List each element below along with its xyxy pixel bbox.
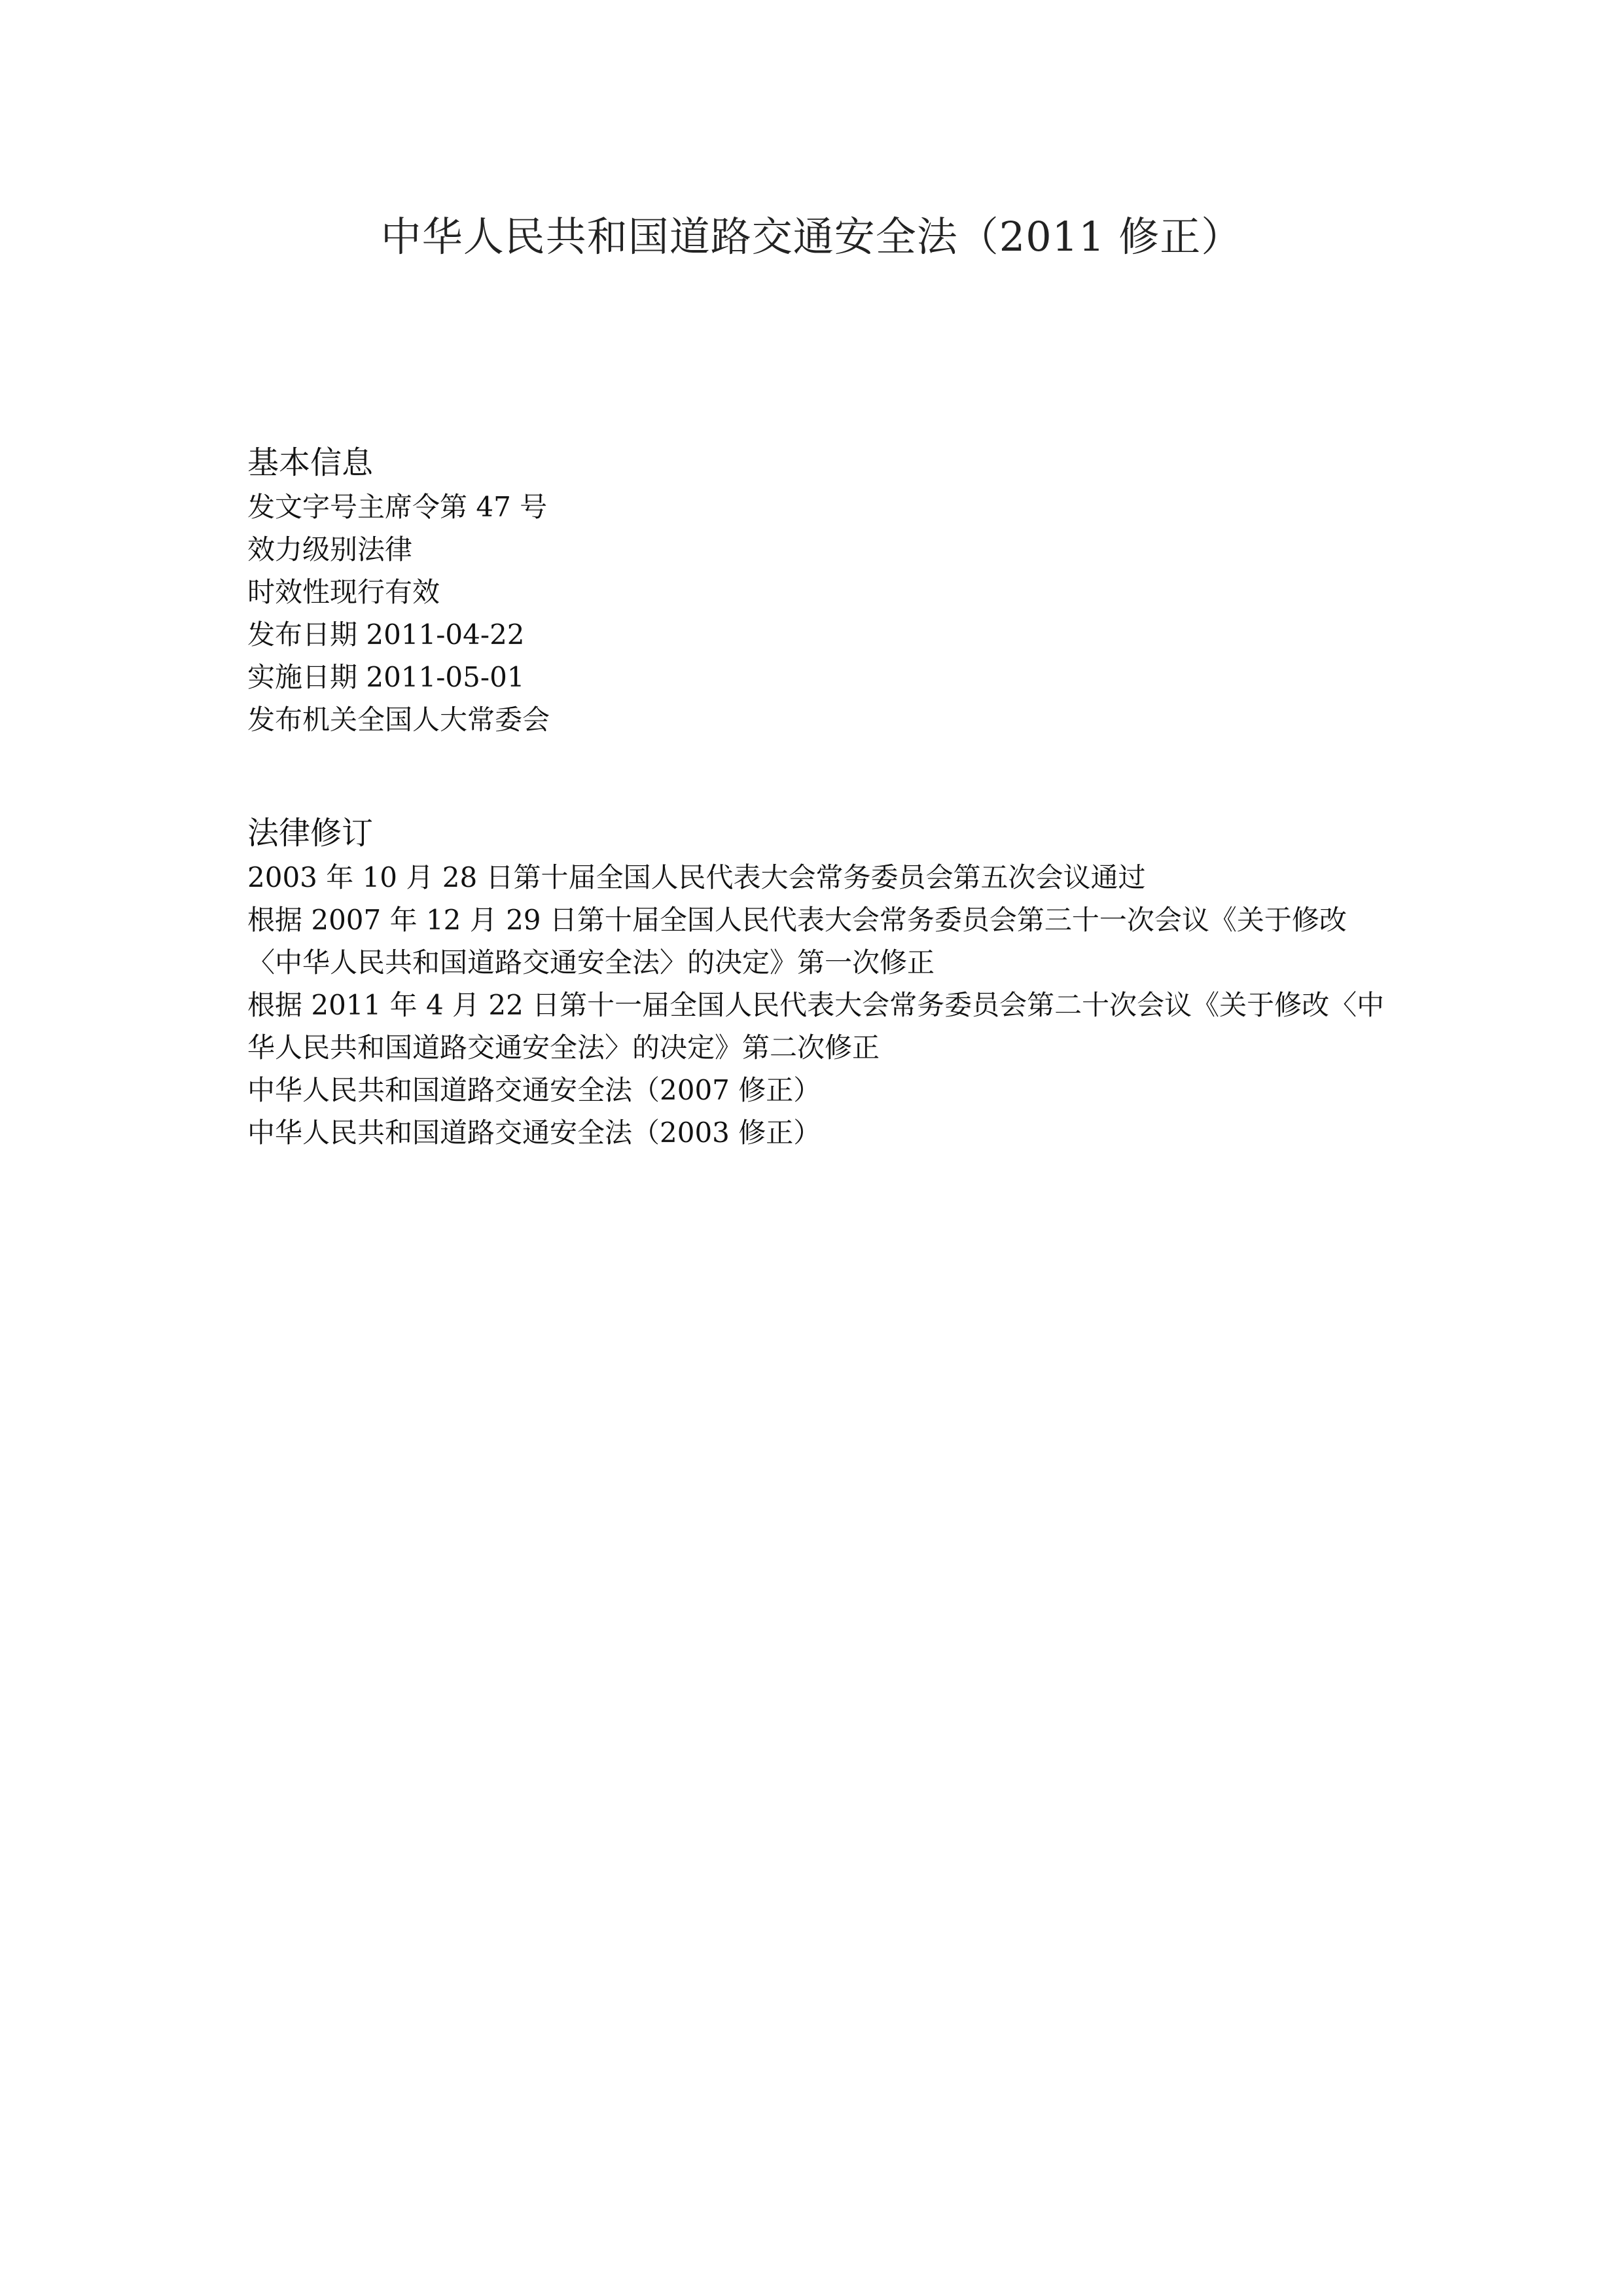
revision-line: 〈中华人民共和国道路交通安全法〉的决定》第一次修正 xyxy=(247,941,1425,984)
publish-date: 发布日期 2011-04-22 xyxy=(247,613,1425,656)
revision-line: 根据 2011 年 4 月 22 日第十一届全国人民代表大会常务委员会第二十次会… xyxy=(247,984,1425,1026)
issuing-authority: 发布机关全国人大常委会 xyxy=(247,698,1425,741)
basic-info-heading: 基本信息 xyxy=(247,440,1425,486)
revision-heading: 法律修订 xyxy=(247,810,1425,856)
revision-section: 法律修订 2003 年 10 月 28 日第十届全国人民代表大会常务委员会第五次… xyxy=(247,810,1425,1154)
validity-status: 时效性现行有效 xyxy=(247,571,1425,613)
effect-level: 效力级别法律 xyxy=(247,528,1425,571)
revision-line: 根据 2007 年 12 月 29 日第十届全国人民代表大会常务委员会第三十一次… xyxy=(247,899,1425,941)
related-version-2003[interactable]: 中华人民共和国道路交通安全法（2003 修正） xyxy=(247,1111,1425,1154)
document-number: 发文字号主席令第 47 号 xyxy=(247,486,1425,528)
basic-info-section: 基本信息 发文字号主席令第 47 号 效力级别法律 时效性现行有效 发布日期 2… xyxy=(247,440,1425,741)
effective-date: 实施日期 2011-05-01 xyxy=(247,656,1425,698)
revision-line: 2003 年 10 月 28 日第十届全国人民代表大会常务委员会第五次会议通过 xyxy=(247,856,1425,899)
revision-line: 华人民共和国道路交通安全法〉的决定》第二次修正 xyxy=(247,1026,1425,1069)
document-title: 中华人民共和国道路交通安全法（2011 修正） xyxy=(0,211,1623,263)
document-page: 中华人民共和国道路交通安全法（2011 修正） 基本信息 发文字号主席令第 47… xyxy=(0,0,1623,2296)
related-version-2007[interactable]: 中华人民共和国道路交通安全法（2007 修正） xyxy=(247,1069,1425,1111)
